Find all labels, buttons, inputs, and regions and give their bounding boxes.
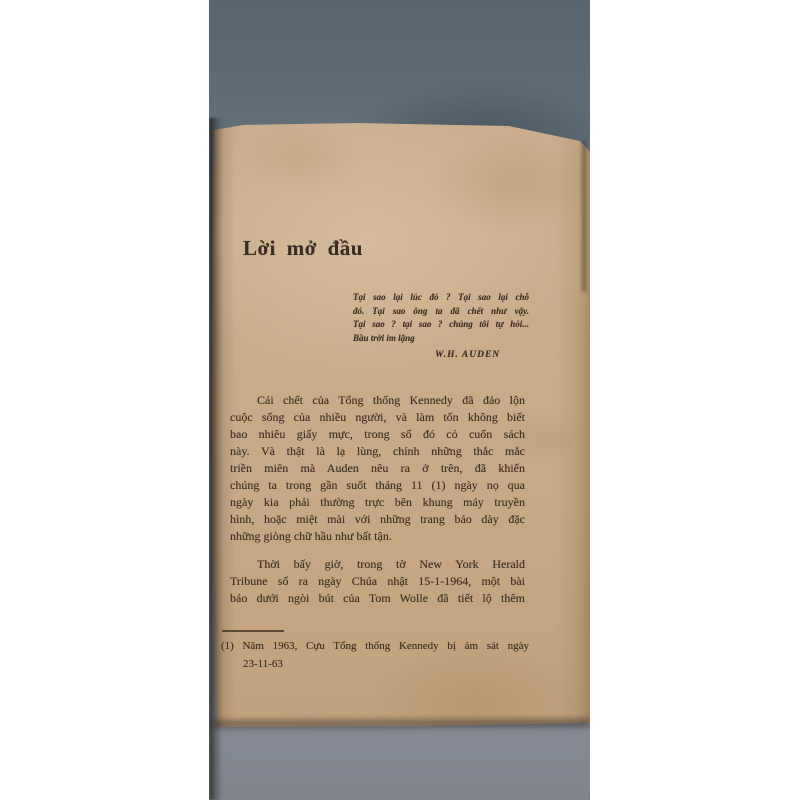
body-paragraph-2: Thời bấy giờ, trong tờ New York Herald T… [230, 556, 525, 607]
footnote-line: 23-11-63 [221, 655, 529, 673]
epigraph-line: Tại sao ? tại sao ? chúng tôi tự hỏi... [353, 318, 529, 332]
body-text-line: Tribune số ra ngày Chúa nhật 15-1-1964, … [230, 573, 525, 590]
epigraph-line: đó. Tại sao ông ta đã chết như vậy. [353, 305, 529, 319]
page-title: Lời mở đầu [243, 236, 363, 261]
body-text-line: cuộc sống của nhiều người, và làm tốn kh… [230, 409, 525, 426]
epigraph-line: Bầu trời im lặng [353, 332, 529, 346]
epigraph: Tại sao lại lúc đó ? Tại sao lại chỗ đó.… [353, 291, 529, 362]
page-right-edge-shadow [582, 141, 586, 291]
body-text-line: Thời bấy giờ, trong tờ New York Herald [230, 556, 525, 573]
page-bottom-edge-shadow [213, 718, 590, 728]
body-text-line: chúng ta trong gần suốt tháng 11 (1) ngà… [230, 477, 525, 494]
body-text-line: báo dưới ngòi bút của Tom Wolle đã tiết … [230, 590, 525, 607]
book-photo: Lời mở đầu Tại sao lại lúc đó ? Tại sao … [209, 0, 590, 800]
body-text-line: bao nhiêu giấy mực, trong số đó có cuốn … [230, 426, 525, 443]
footnote: (1) Năm 1963, Cựu Tổng thống Kennedy bị … [221, 637, 529, 673]
body-text-line: những giòng chữ hầu như bất tận. [230, 528, 525, 545]
body-text-line: hình, hoặc miệt mài với những trang báo … [230, 511, 525, 528]
footnote-line: (1) Năm 1963, Cựu Tổng thống Kennedy bị … [221, 637, 529, 655]
body-paragraph-1: Cái chết của Tổng thống Kennedy đã đảo l… [230, 392, 525, 545]
page-gutter-shadow [209, 118, 223, 800]
body-text-line: triền miên mà Auden nêu ra ở trên, đã kh… [230, 460, 525, 477]
footnote-rule [222, 630, 284, 632]
epigraph-author: W.H. AUDEN [353, 348, 529, 362]
body-text-line: Cái chết của Tổng thống Kennedy đã đảo l… [230, 392, 525, 409]
epigraph-line: Tại sao lại lúc đó ? Tại sao lại chỗ [353, 291, 529, 305]
body-text-line: ngày kia phải thường trực bên khung máy … [230, 494, 525, 511]
body-text-line: này. Và thật là lạ lùng, chính những thắ… [230, 443, 525, 460]
